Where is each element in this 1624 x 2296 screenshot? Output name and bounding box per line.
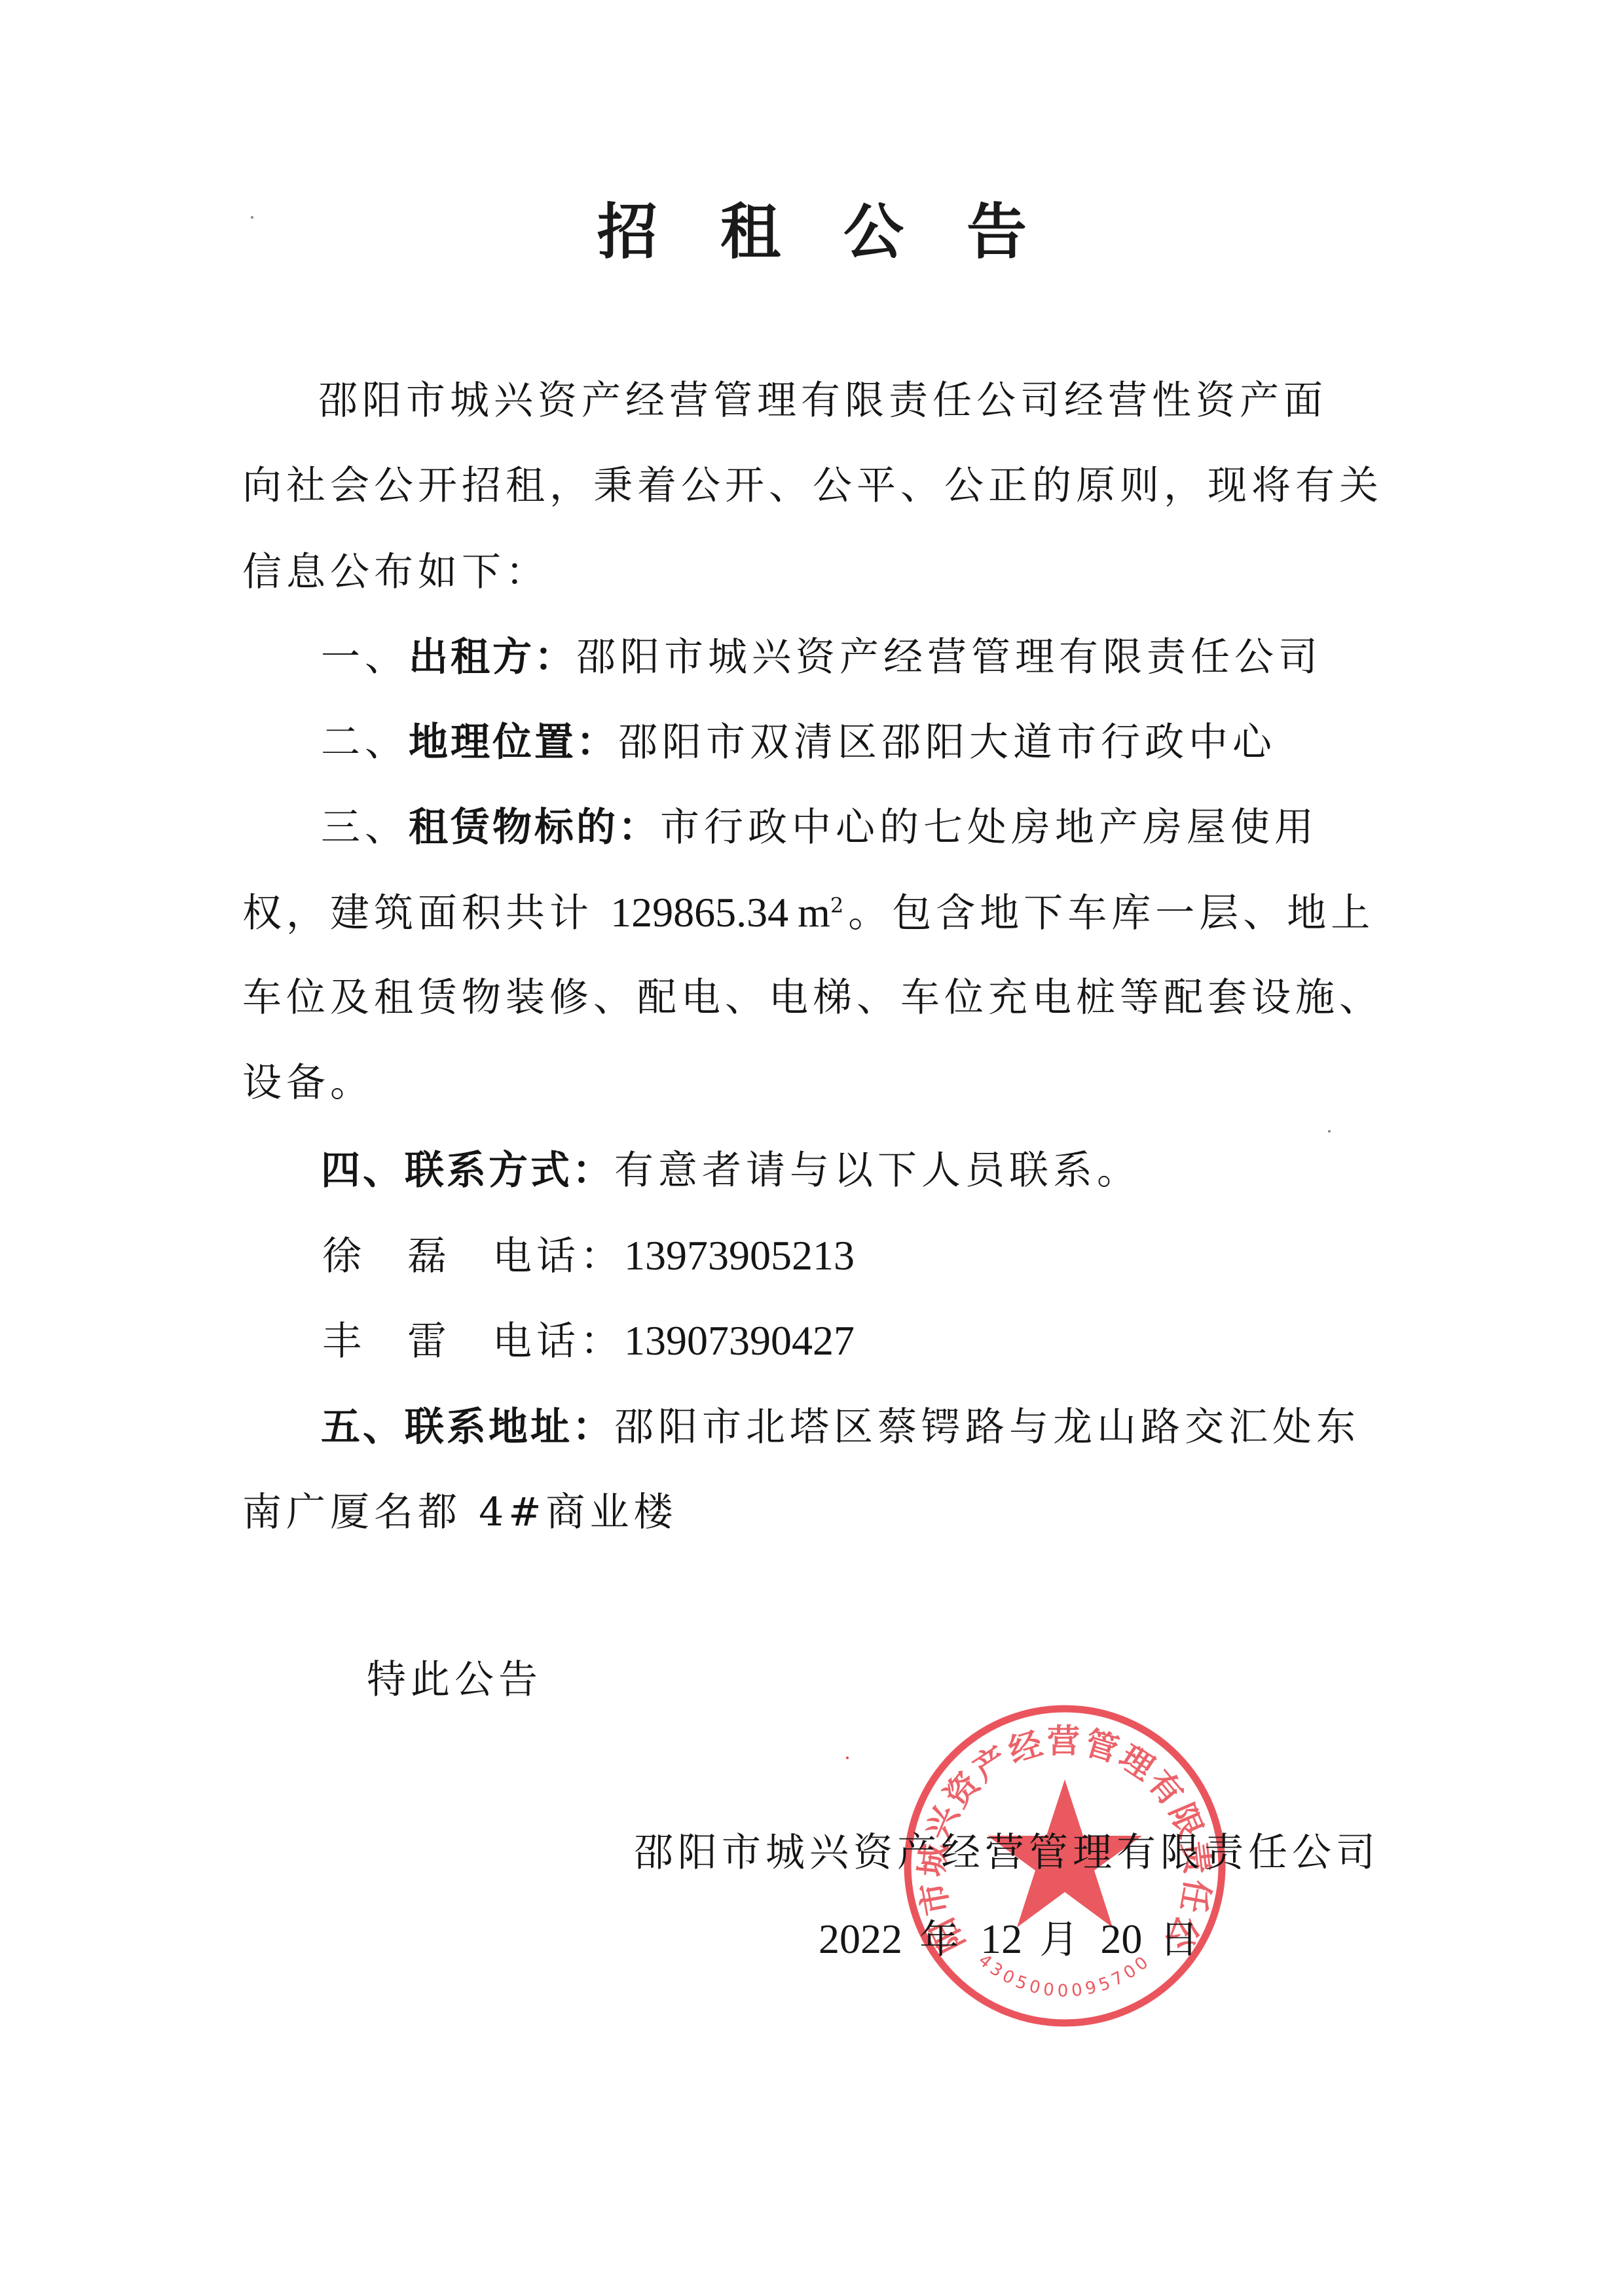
scan-speck <box>846 1757 849 1759</box>
section-index: 三、 <box>321 805 409 850</box>
scan-speck <box>1328 1130 1331 1133</box>
date-day: 20 <box>1100 1916 1142 1962</box>
section-heading: 地理位置： <box>409 720 618 765</box>
date-year: 2022 <box>819 1916 902 1962</box>
date-month-unit: 月 <box>1039 1917 1083 1963</box>
signature-company: 邵阳市城兴资产经营管理有限责任公司 <box>634 1829 1380 1876</box>
intro-line-3: 信息公布如下： <box>242 549 549 596</box>
intro-line-1: 邵阳市城兴资产经营管理有限责任公司经营性资产面 <box>318 377 1327 424</box>
section-heading: 租赁物标的： <box>409 805 660 850</box>
section-text: 邵阳市北塔区蔡锷路与龙山路交汇处东 <box>614 1404 1360 1450</box>
section-text: 邵阳市双清区邵阳大道市行政中心 <box>618 720 1276 765</box>
date-month: 12 <box>980 1916 1022 1962</box>
contact-phone-label: 电话： <box>492 1318 624 1365</box>
section-text: 邵阳市城兴资产经营管理有限责任公司 <box>576 634 1322 680</box>
section-text: 市行政中心的七处房地产房屋使用 <box>660 805 1318 850</box>
section-index: 四、 <box>321 1148 405 1194</box>
document-page: 招租公告 邵阳市城兴资产经营管理有限责任公司经营性资产面 向社会公开招租，秉着公… <box>0 0 1624 2296</box>
signature-date: 2022 年 12 月 20 日 <box>819 1916 1203 1963</box>
contact-surname: 丰 <box>322 1318 407 1365</box>
section-contact-method: 四、联系方式：有意者请与以下人员联系。 <box>321 1147 1141 1194</box>
section-heading: 出租方： <box>409 634 576 680</box>
section-contact-address-line-2: 南广厦名都 4#商业楼 <box>242 1489 678 1536</box>
intro-line-2: 向社会公开招租，秉着公开、公平、公正的原则，现将有关 <box>242 462 1383 509</box>
section-lease-object: 三、租赁物标的：市行政中心的七处房地产房屋使用 <box>321 804 1318 851</box>
section-lease-object-line-4: 设备。 <box>242 1059 374 1106</box>
section-contact-address: 五、联系地址：邵阳市北塔区蔡锷路与龙山路交汇处东 <box>321 1404 1360 1451</box>
area-value: 129865.34 <box>610 889 788 936</box>
contact-phone-label: 电话： <box>492 1233 624 1280</box>
contact-row: 丰雷电话：13907390427 <box>322 1317 855 1365</box>
contact-row: 徐磊电话：13973905213 <box>322 1232 855 1280</box>
area-prefix: 权，建筑面积共计 <box>242 890 610 936</box>
section-lessor: 一、出租方：邵阳市城兴资产经营管理有限责任公司 <box>321 634 1322 681</box>
section-index: 一、 <box>321 634 409 680</box>
section-heading: 联系方式： <box>405 1148 614 1194</box>
scan-speck <box>251 216 253 219</box>
section-index: 五、 <box>321 1404 405 1450</box>
contact-given-name: 雷 <box>407 1318 492 1365</box>
contact-phone: 13907390427 <box>624 1317 855 1364</box>
area-unit-sup: 2 <box>830 893 848 918</box>
section-heading: 联系地址： <box>405 1404 614 1450</box>
section-text: 有意者请与以下人员联系。 <box>614 1148 1141 1194</box>
document-title: 招租公告 <box>0 196 1624 268</box>
area-unit: m <box>798 889 830 936</box>
section-index: 二、 <box>321 720 409 765</box>
section-location: 二、地理位置：邵阳市双清区邵阳大道市行政中心 <box>321 719 1276 766</box>
contact-phone: 13973905213 <box>624 1232 855 1279</box>
area-suffix: 。包含地下车库一层、地上 <box>848 890 1375 936</box>
section-lease-object-line-2: 权，建筑面积共计 129865.34m2。包含地下车库一层、地上 <box>242 889 1375 937</box>
date-day-unit: 日 <box>1159 1917 1203 1963</box>
date-year-unit: 年 <box>919 1917 963 1963</box>
contact-surname: 徐 <box>322 1233 407 1280</box>
section-lease-object-line-3: 车位及租赁物装修、配电、电梯、车位充电桩等配套设施、 <box>242 974 1383 1021</box>
closing-statement: 特此公告 <box>367 1656 542 1704</box>
contact-given-name: 磊 <box>407 1233 492 1280</box>
